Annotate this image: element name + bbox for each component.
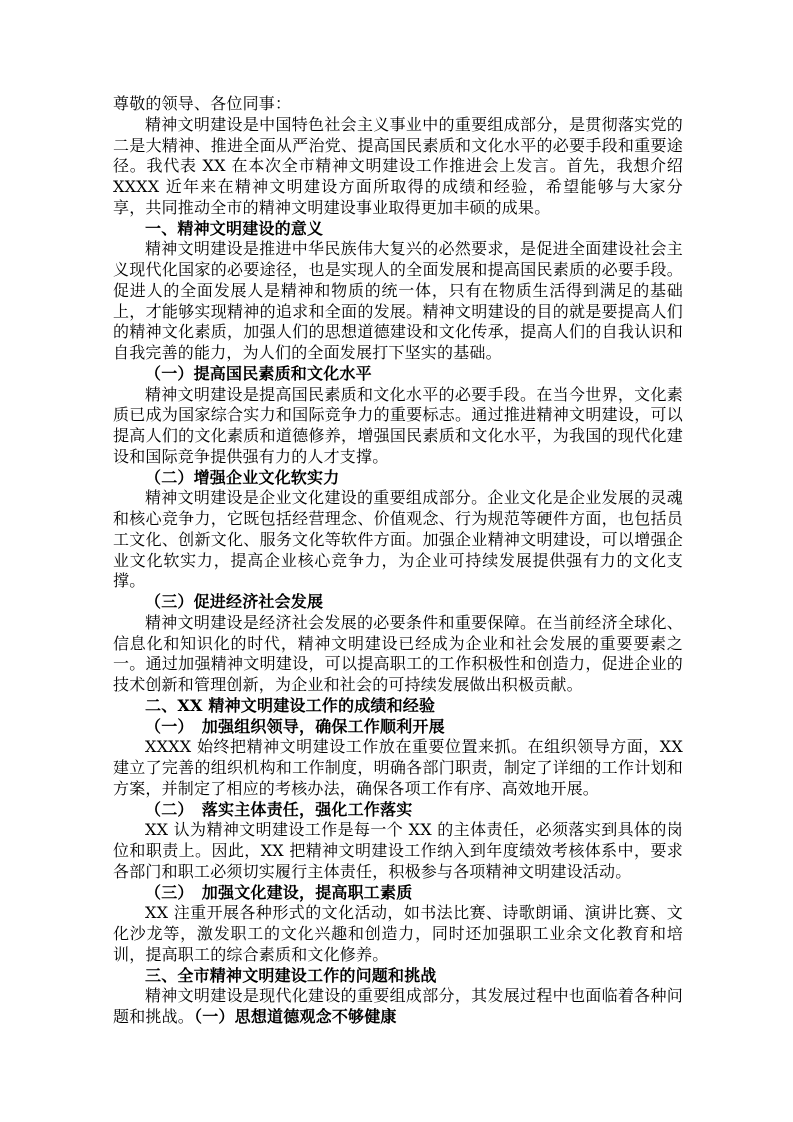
text-run: 精神文明建设是经济社会发展的必要条件和重要保障。在当前经济全球化、信息化和知识化… — [113, 613, 683, 694]
paragraph: 精神文明建设是提高国民素质和文化水平的必要手段。在当今世界，文化素质已成为国家综… — [113, 385, 683, 468]
section-heading: 三、全市精神文明建设工作的问题和挑战 — [113, 966, 683, 987]
text-run: XX 认为精神文明建设工作是每一个 XX 的主体责任，必须落实到具体的岗位和职责… — [113, 820, 683, 881]
paragraph: 精神文明建设是企业文化建设的重要组成部分。企业文化是企业发展的灵魂和核心竞争力，… — [113, 488, 683, 592]
paragraph: 尊敬的领导、各位同事： — [113, 94, 683, 115]
text-run: 精神文明建设是中国特色社会主义事业中的重要组成部分，是贯彻落实党的二是大精神、推… — [113, 115, 683, 217]
section-heading: （一）提高国民素质和文化水平 — [113, 364, 683, 385]
text-run: （一） 加强组织领导，确保工作顺利开展 — [145, 717, 445, 736]
bold-text-run: （一）思想道德观念不够健康 — [194, 1007, 397, 1026]
section-heading: （三） 加强文化建设，提高职工素质 — [113, 883, 683, 904]
text-run: （一）提高国民素质和文化水平 — [145, 364, 372, 383]
text-run: 三、全市精神文明建设工作的问题和挑战 — [145, 966, 437, 985]
text-run: （二）增强企业文化软实力 — [145, 468, 339, 487]
text-run: XXXX 始终把精神文明建设工作放在重要位置来抓。在组织领导方面，XX 建立了完… — [113, 737, 683, 798]
section-heading: （二）增强企业文化软实力 — [113, 468, 683, 489]
text-run: 二、XX 精神文明建设工作的成绩和经验 — [145, 696, 435, 715]
text-run: （二） 落实主体责任，强化工作落实 — [145, 800, 412, 819]
text-run: 精神文明建设是提高国民素质和文化水平的必要手段。在当今世界，文化素质已成为国家综… — [113, 385, 683, 466]
text-run: XX 注重开展各种形式的文化活动，如书法比赛、诗歌朗诵、演讲比赛、文化沙龙等，激… — [113, 903, 683, 964]
text-run: （三） 加强文化建设，提高职工素质 — [145, 883, 412, 902]
text-run: 精神文明建设是推进中华民族伟大复兴的必然要求，是促进全面建设社会主义现代化国家的… — [113, 239, 683, 362]
paragraph: 精神文明建设是现代化建设的重要组成部分，其发展过程中也面临着各种问题和挑战。（一… — [113, 986, 683, 1028]
paragraph: 精神文明建设是中国特色社会主义事业中的重要组成部分，是贯彻落实党的二是大精神、推… — [113, 115, 683, 219]
text-run: （三）促进经济社会发展 — [145, 592, 323, 611]
section-heading: 一、精神文明建设的意义 — [113, 219, 683, 240]
document-content: 尊敬的领导、各位同事：精神文明建设是中国特色社会主义事业中的重要组成部分，是贯彻… — [113, 94, 683, 1028]
section-heading: （二） 落实主体责任，强化工作落实 — [113, 800, 683, 821]
paragraph: 精神文明建设是推进中华民族伟大复兴的必然要求，是促进全面建设社会主义现代化国家的… — [113, 239, 683, 364]
document-page: 尊敬的领导、各位同事：精神文明建设是中国特色社会主义事业中的重要组成部分，是贯彻… — [0, 0, 793, 1122]
paragraph: XXXX 始终把精神文明建设工作放在重要位置来抓。在组织领导方面，XX 建立了完… — [113, 737, 683, 799]
paragraph: XX 认为精神文明建设工作是每一个 XX 的主体责任，必须落实到具体的岗位和职责… — [113, 820, 683, 882]
section-heading: （三）促进经济社会发展 — [113, 592, 683, 613]
section-heading: 二、XX 精神文明建设工作的成绩和经验 — [113, 696, 683, 717]
text-run: 一、精神文明建设的意义 — [145, 219, 323, 238]
section-heading: （一） 加强组织领导，确保工作顺利开展 — [113, 717, 683, 738]
text-run: 尊敬的领导、各位同事： — [113, 94, 291, 113]
paragraph: XX 注重开展各种形式的文化活动，如书法比赛、诗歌朗诵、演讲比赛、文化沙龙等，激… — [113, 903, 683, 965]
paragraph: 精神文明建设是经济社会发展的必要条件和重要保障。在当前经济全球化、信息化和知识化… — [113, 613, 683, 696]
text-run: 精神文明建设是企业文化建设的重要组成部分。企业文化是企业发展的灵魂和核心竞争力，… — [113, 488, 683, 590]
